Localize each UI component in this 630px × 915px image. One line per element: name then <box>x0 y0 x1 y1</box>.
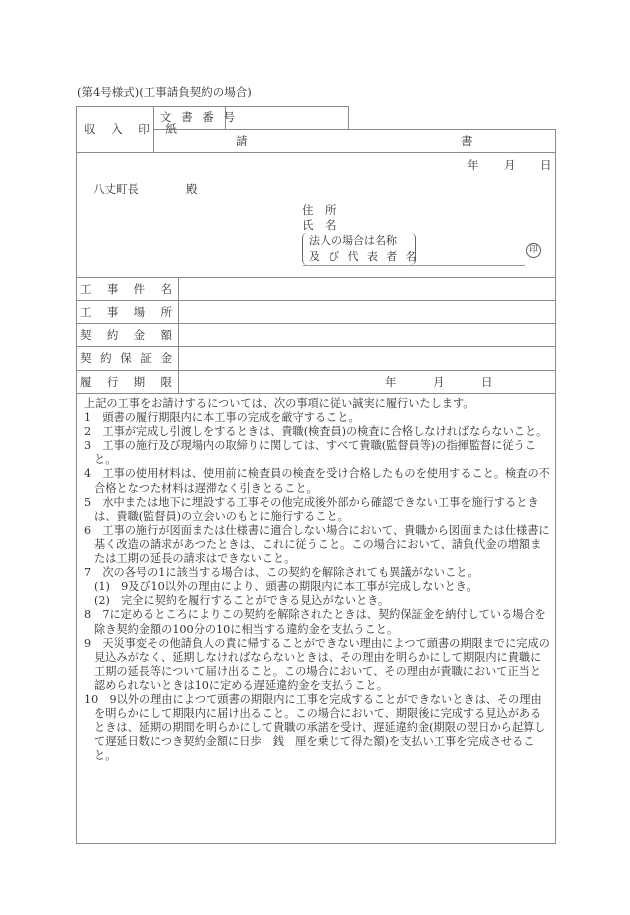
field-label-project-name: 工 事 件 名 <box>80 282 172 296</box>
field-label-project-location: 工 事 場 所 <box>80 305 172 319</box>
completion-deadline-field[interactable] <box>182 373 552 391</box>
left-bracket-icon <box>302 233 309 265</box>
corp-note-line1: 法人の場合は名称 <box>309 234 397 248</box>
border <box>76 277 556 278</box>
condition-item-1: 1 頭書の履行期限内に本工事の完成を厳守すること。 <box>84 411 550 425</box>
seal-icon: 印 <box>526 243 541 258</box>
doc-number-label: 文 書 番 号 <box>160 110 238 124</box>
date-month-label: 月 <box>504 158 516 172</box>
border <box>76 843 556 844</box>
signature-underline <box>303 265 525 266</box>
border <box>76 106 77 844</box>
border <box>153 129 556 130</box>
condition-item-3: 3 工事の施行及び現場内の取締りに関しては、すべて貴職(監督員等)の指揮監督に従… <box>84 439 550 467</box>
deadline-month-label: 月 <box>433 375 445 389</box>
contract-amount-field[interactable] <box>182 326 552 344</box>
corp-note-line2: 及 び 代 表 者 名 <box>309 250 419 264</box>
project-location-field[interactable] <box>182 303 552 321</box>
condition-item-5: 5 水中または地下に埋設する工事その他完成後外部から確認できない工事を施行すると… <box>84 496 550 524</box>
border <box>76 393 556 394</box>
deadline-day-label: 日 <box>481 375 493 389</box>
applicant-input-area[interactable] <box>330 203 520 233</box>
border <box>76 323 556 324</box>
addressee-name: 八丈町長 <box>93 182 139 196</box>
title-char-left: 請 <box>236 134 248 148</box>
condition-item-7-sub-2: (2) 完全に契約を履行することができる見込がないとき。 <box>84 594 550 608</box>
border <box>76 346 556 347</box>
condition-item-7-sub-1: (1) 9及び10以外の理由により、頭書の期限内に本工事が完成しないとき。 <box>84 580 550 594</box>
doc-number-field[interactable] <box>230 110 342 126</box>
border <box>76 106 348 107</box>
border <box>76 370 556 371</box>
border <box>178 277 179 393</box>
border <box>555 129 556 844</box>
condition-item-4: 4 工事の使用材料は、使用前に検査員の検査を受け合格したものを使用すること。検査… <box>84 467 550 495</box>
field-label-contract-amount: 契 約 金 額 <box>80 328 172 342</box>
condition-item-2: 2 工事が完成し引渡しをするときは、貴職(検査員)の検査に合格しなければならない… <box>84 425 550 439</box>
form-title: (第4号様式)(工事請負契約の場合) <box>77 85 252 99</box>
date-year-label: 年 <box>467 158 479 172</box>
deadline-year-label: 年 <box>385 375 397 389</box>
field-label-completion-deadline: 履 行 期 限 <box>80 375 172 389</box>
field-label-contract-deposit: 契 約 保 証 金 <box>80 351 172 365</box>
condition-item-6: 6 工事の施行が図面または仕様書に適合しない場合において、貴職から図面または仕様… <box>84 524 550 566</box>
border <box>76 152 556 153</box>
condition-item-7: 7 次の各号の1に該当する場合は、この契約を解除されても異議がないこと。 <box>84 566 550 580</box>
addressee-honorific: 殿 <box>186 182 198 196</box>
conditions-text: 上記の工事をお請けするについては、次の事項に従い誠実に履行いたします。 1 頭書… <box>84 397 550 763</box>
condition-item-8: 8 7に定めるところによりこの契約を解除されたときは、契約保証金を納付している場… <box>84 608 550 636</box>
revenue-stamp-label: 収 入 印 紙 <box>84 122 183 136</box>
project-name-field[interactable] <box>182 280 552 298</box>
contract-deposit-field[interactable] <box>182 349 552 367</box>
condition-item-10: 10 9以外の理由によつて頭書の期限内に工事を完成することができないときは、その… <box>84 693 550 763</box>
condition-item-9: 9 天災事変その他請負人の責に帰することができない理由によつて頭書の期限までに完… <box>84 637 550 693</box>
border <box>348 106 349 129</box>
conditions-intro: 上記の工事をお請けするについては、次の事項に従い誠実に履行いたします。 <box>84 397 550 411</box>
title-char-right: 書 <box>461 134 473 148</box>
border <box>76 300 556 301</box>
date-day-label: 日 <box>540 158 552 172</box>
